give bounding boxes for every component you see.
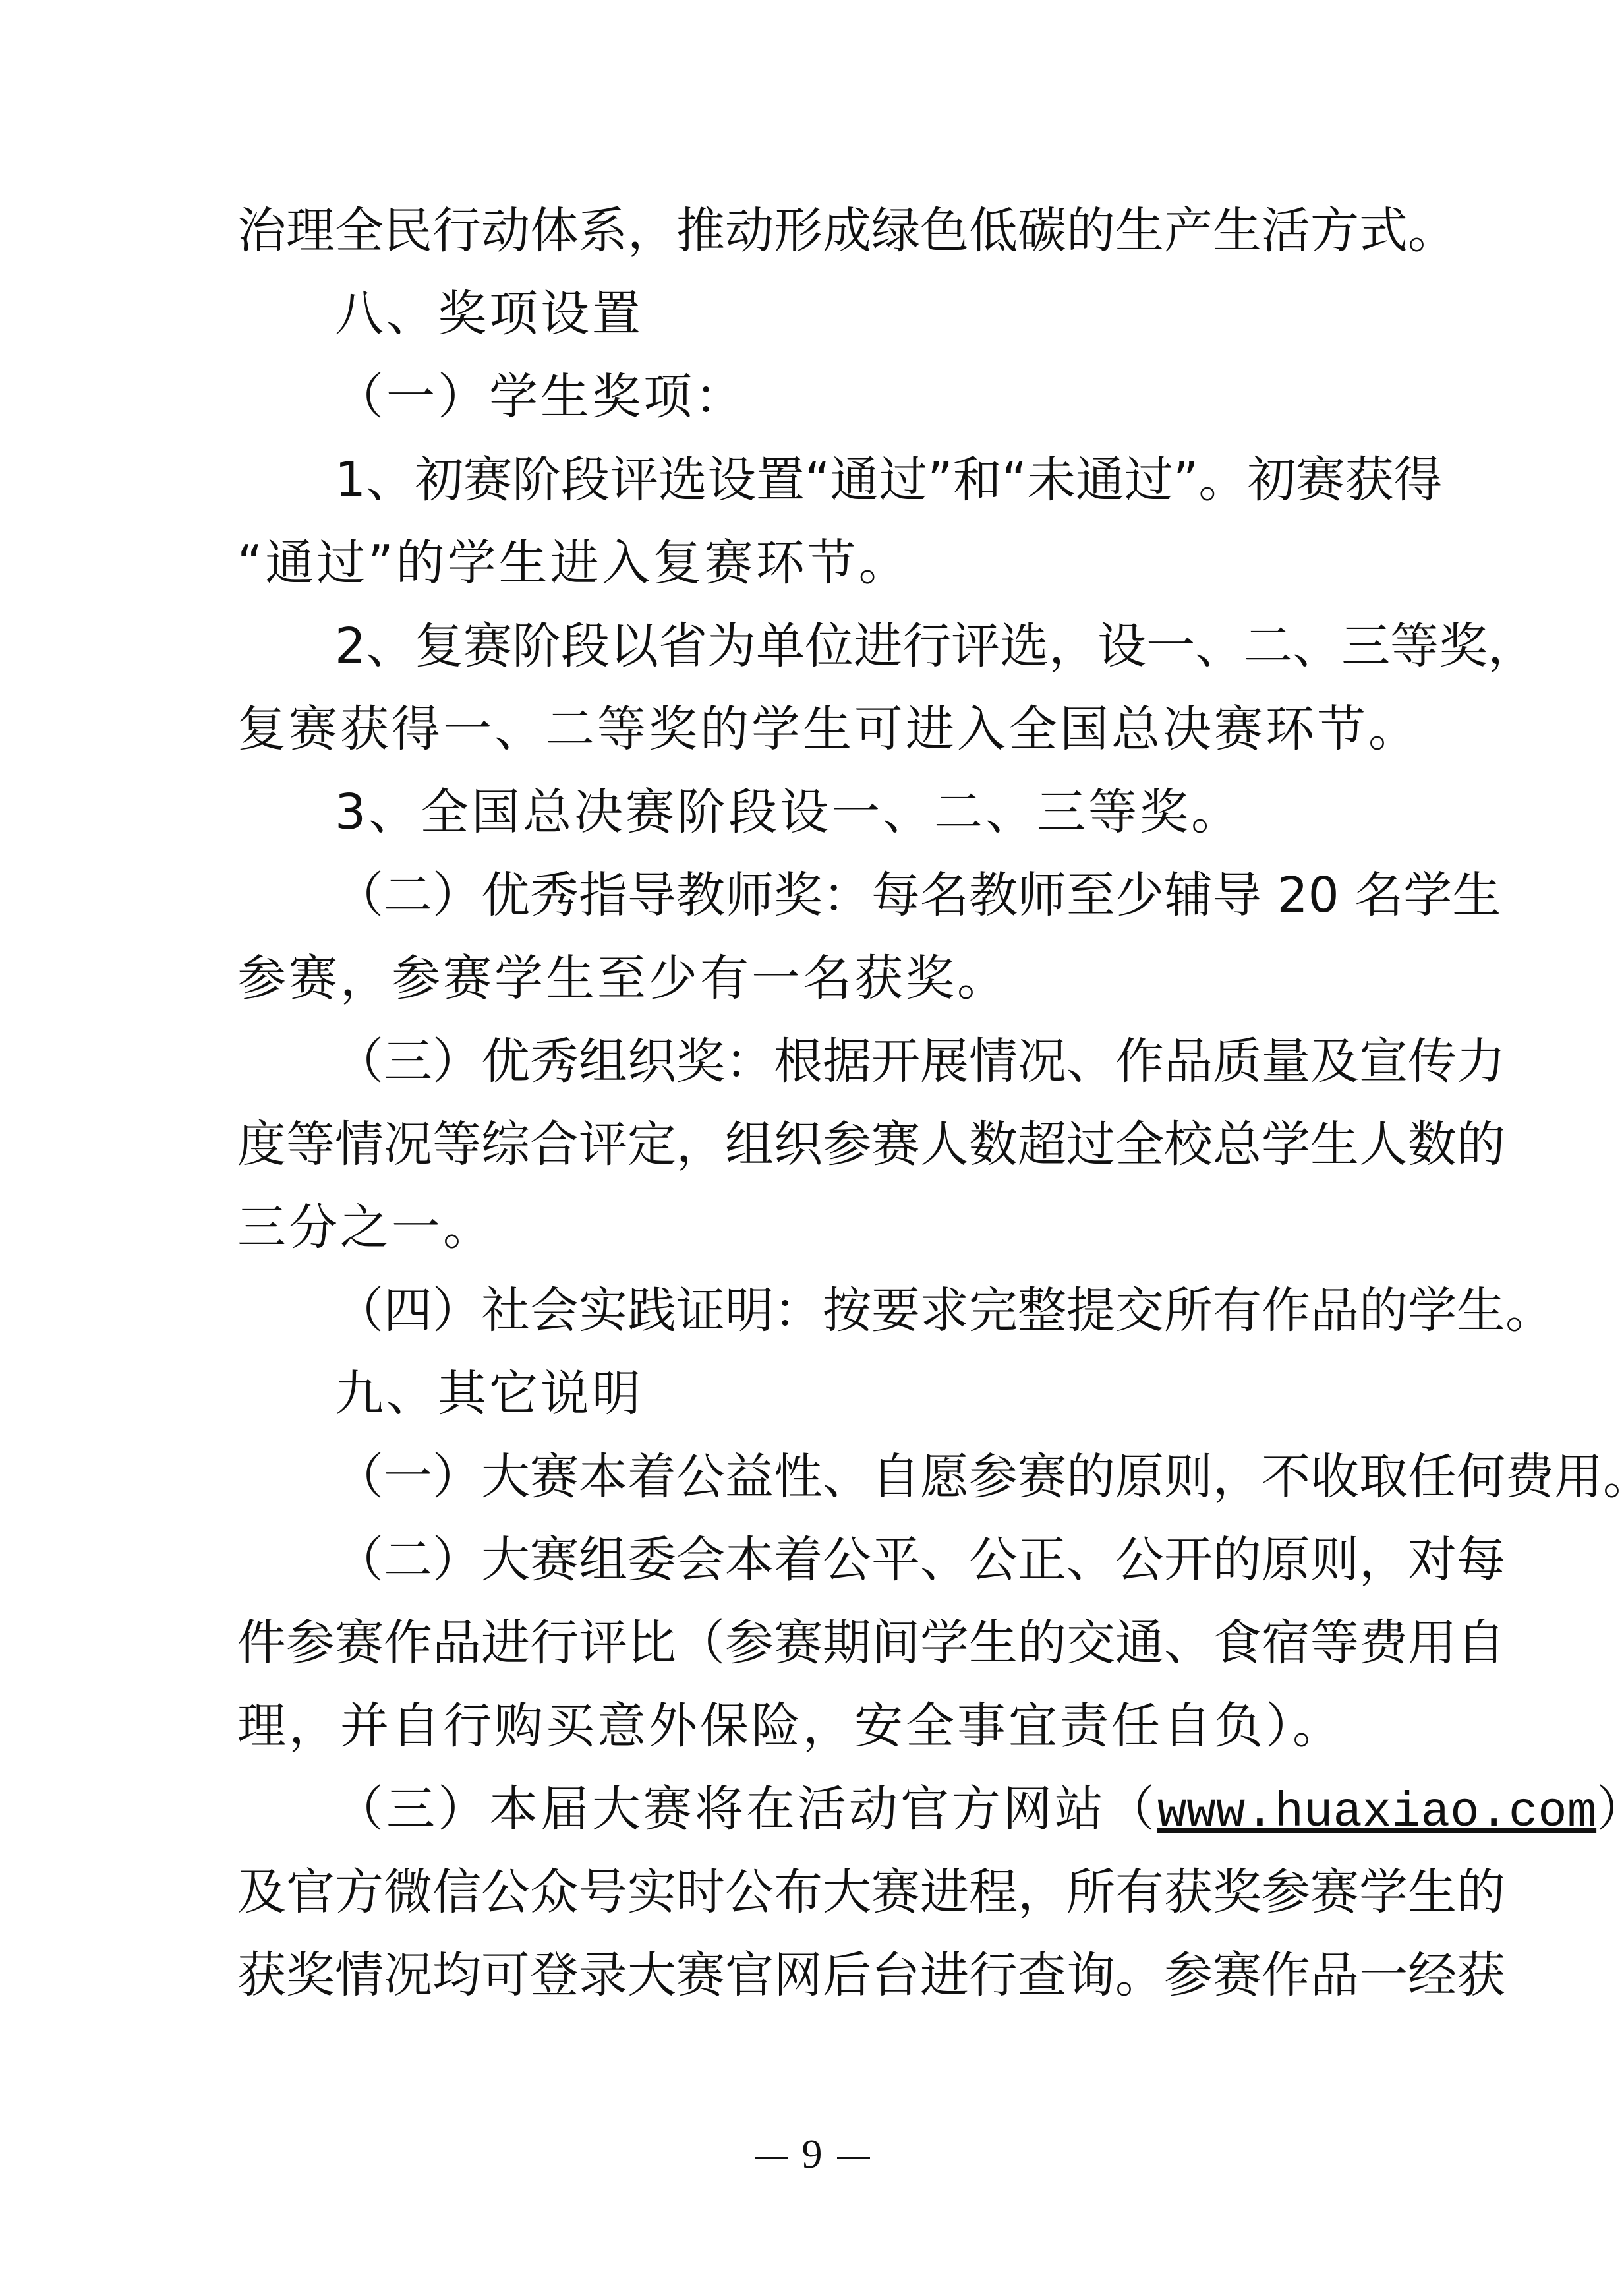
paragraph-line: 治理全民行动体系，推动形成绿色低碳的生产生活方式。 xyxy=(237,198,1384,264)
paragraph-text: （三）本届大赛将在活动官方网站（ xyxy=(335,1781,1157,1837)
paragraph-line: 3、全国总决赛阶段设一、二、三等奖。 xyxy=(237,779,1384,845)
paragraph-line: （三）优秀组织奖：根据开展情况、作品质量及宣传力 xyxy=(237,1028,1384,1094)
paragraph-line: 三分之一。 xyxy=(237,1195,1384,1261)
paragraph-line: （二）大赛组委会本着公平、公正、公开的原则，对每 xyxy=(237,1527,1384,1593)
paragraph-line: 及官方微信公众号实时公布大赛进程，所有获奖参赛学生的 xyxy=(237,1859,1384,1925)
section-heading-awards: 八、奖项设置 xyxy=(237,281,1384,347)
paragraph-line: “通过”的学生进入复赛环节。 xyxy=(237,530,1384,596)
subsection-heading-student-awards: （一）学生奖项： xyxy=(237,364,1384,430)
paragraph-line: （二）优秀指导教师奖：每名教师至少辅导 20 名学生 xyxy=(237,862,1384,928)
paragraph-line-with-url: （三）本届大赛将在活动官方网站（www.huaxiao.com） xyxy=(237,1776,1384,1842)
page-number: 9 xyxy=(802,2132,823,2177)
paragraph-line: 件参赛作品进行评比（参赛期间学生的交通、食宿等费用自 xyxy=(237,1610,1384,1676)
paragraph-text: ） xyxy=(1596,1781,1624,1837)
paragraph-line: 2、复赛阶段以省为单位进行评选，设一、二、三等奖， xyxy=(237,613,1384,679)
paragraph-line: 1、初赛阶段评选设置“通过”和“未通过”。初赛获得 xyxy=(237,447,1384,513)
dash-left-icon xyxy=(755,2157,788,2159)
paragraph-line: 度等情况等综合评定，组织参赛人数超过全校总学生人数的 xyxy=(237,1112,1384,1177)
dash-right-icon xyxy=(837,2157,870,2159)
page-footer: 9 xyxy=(0,2128,1624,2181)
paragraph-line: 理，并自行购买意外保险，安全事宜责任自负）。 xyxy=(237,1693,1384,1759)
paragraph-line: 获奖情况均可登录大赛官网后台进行查询。参赛作品一经获 xyxy=(237,1942,1384,2008)
paragraph-line: （四）社会实践证明：按要求完整提交所有作品的学生。 xyxy=(237,1278,1384,1344)
website-link[interactable]: www.huaxiao.com xyxy=(1157,1785,1596,1841)
paragraph-line: 复赛获得一、二等奖的学生可进入全国总决赛环节。 xyxy=(237,696,1384,762)
paragraph-line: 参赛，参赛学生至少有一名获奖。 xyxy=(237,945,1384,1011)
paragraph-line: （一）大赛本着公益性、自愿参赛的原则，不收取任何费用。 xyxy=(237,1444,1384,1510)
section-heading-other-notes: 九、其它说明 xyxy=(237,1361,1384,1427)
